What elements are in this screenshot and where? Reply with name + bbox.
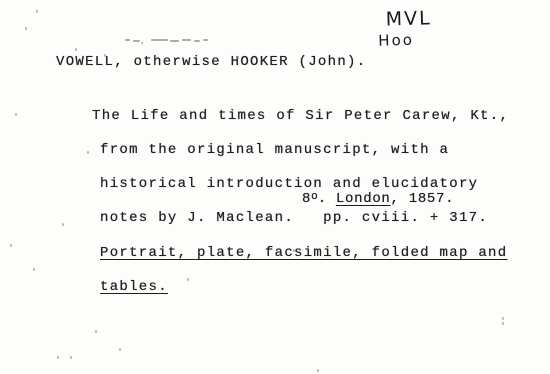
- library-catalog-card: MVL Hoo VOWELL, otherwise HOOKER (John).…: [0, 0, 550, 374]
- classmark-line-1: MVL: [386, 9, 432, 29]
- body-line-4: notes by J. Maclean. pp. cviii. + 317.: [100, 213, 509, 224]
- imprint-place: London: [336, 191, 391, 207]
- imprint-line: 8o. London, 1857.: [302, 194, 454, 206]
- body-line-2: from the original manuscript, with a: [100, 145, 509, 156]
- handwritten-classmark: MVL Hoo: [378, 9, 433, 48]
- heading-author: VOWELL, otherwise HOOKER (John).: [56, 57, 366, 68]
- body-line-5-underlined: Portrait, plate, facsimile, folded map a…: [100, 248, 509, 259]
- body-line-6-underlined: tables.: [100, 282, 509, 293]
- body-line-1: The Life and times of Sir Peter Carew, K…: [92, 111, 509, 122]
- body-line-3: historical introduction and elucidatory: [100, 179, 509, 190]
- imprint-date: , 1857.: [391, 191, 455, 207]
- classmark-line-2: Hoo: [378, 32, 432, 48]
- imprint-format-number: 8: [302, 191, 311, 207]
- imprint-format-separator: .: [318, 191, 336, 207]
- imprint-format-superscript: o: [311, 192, 318, 203]
